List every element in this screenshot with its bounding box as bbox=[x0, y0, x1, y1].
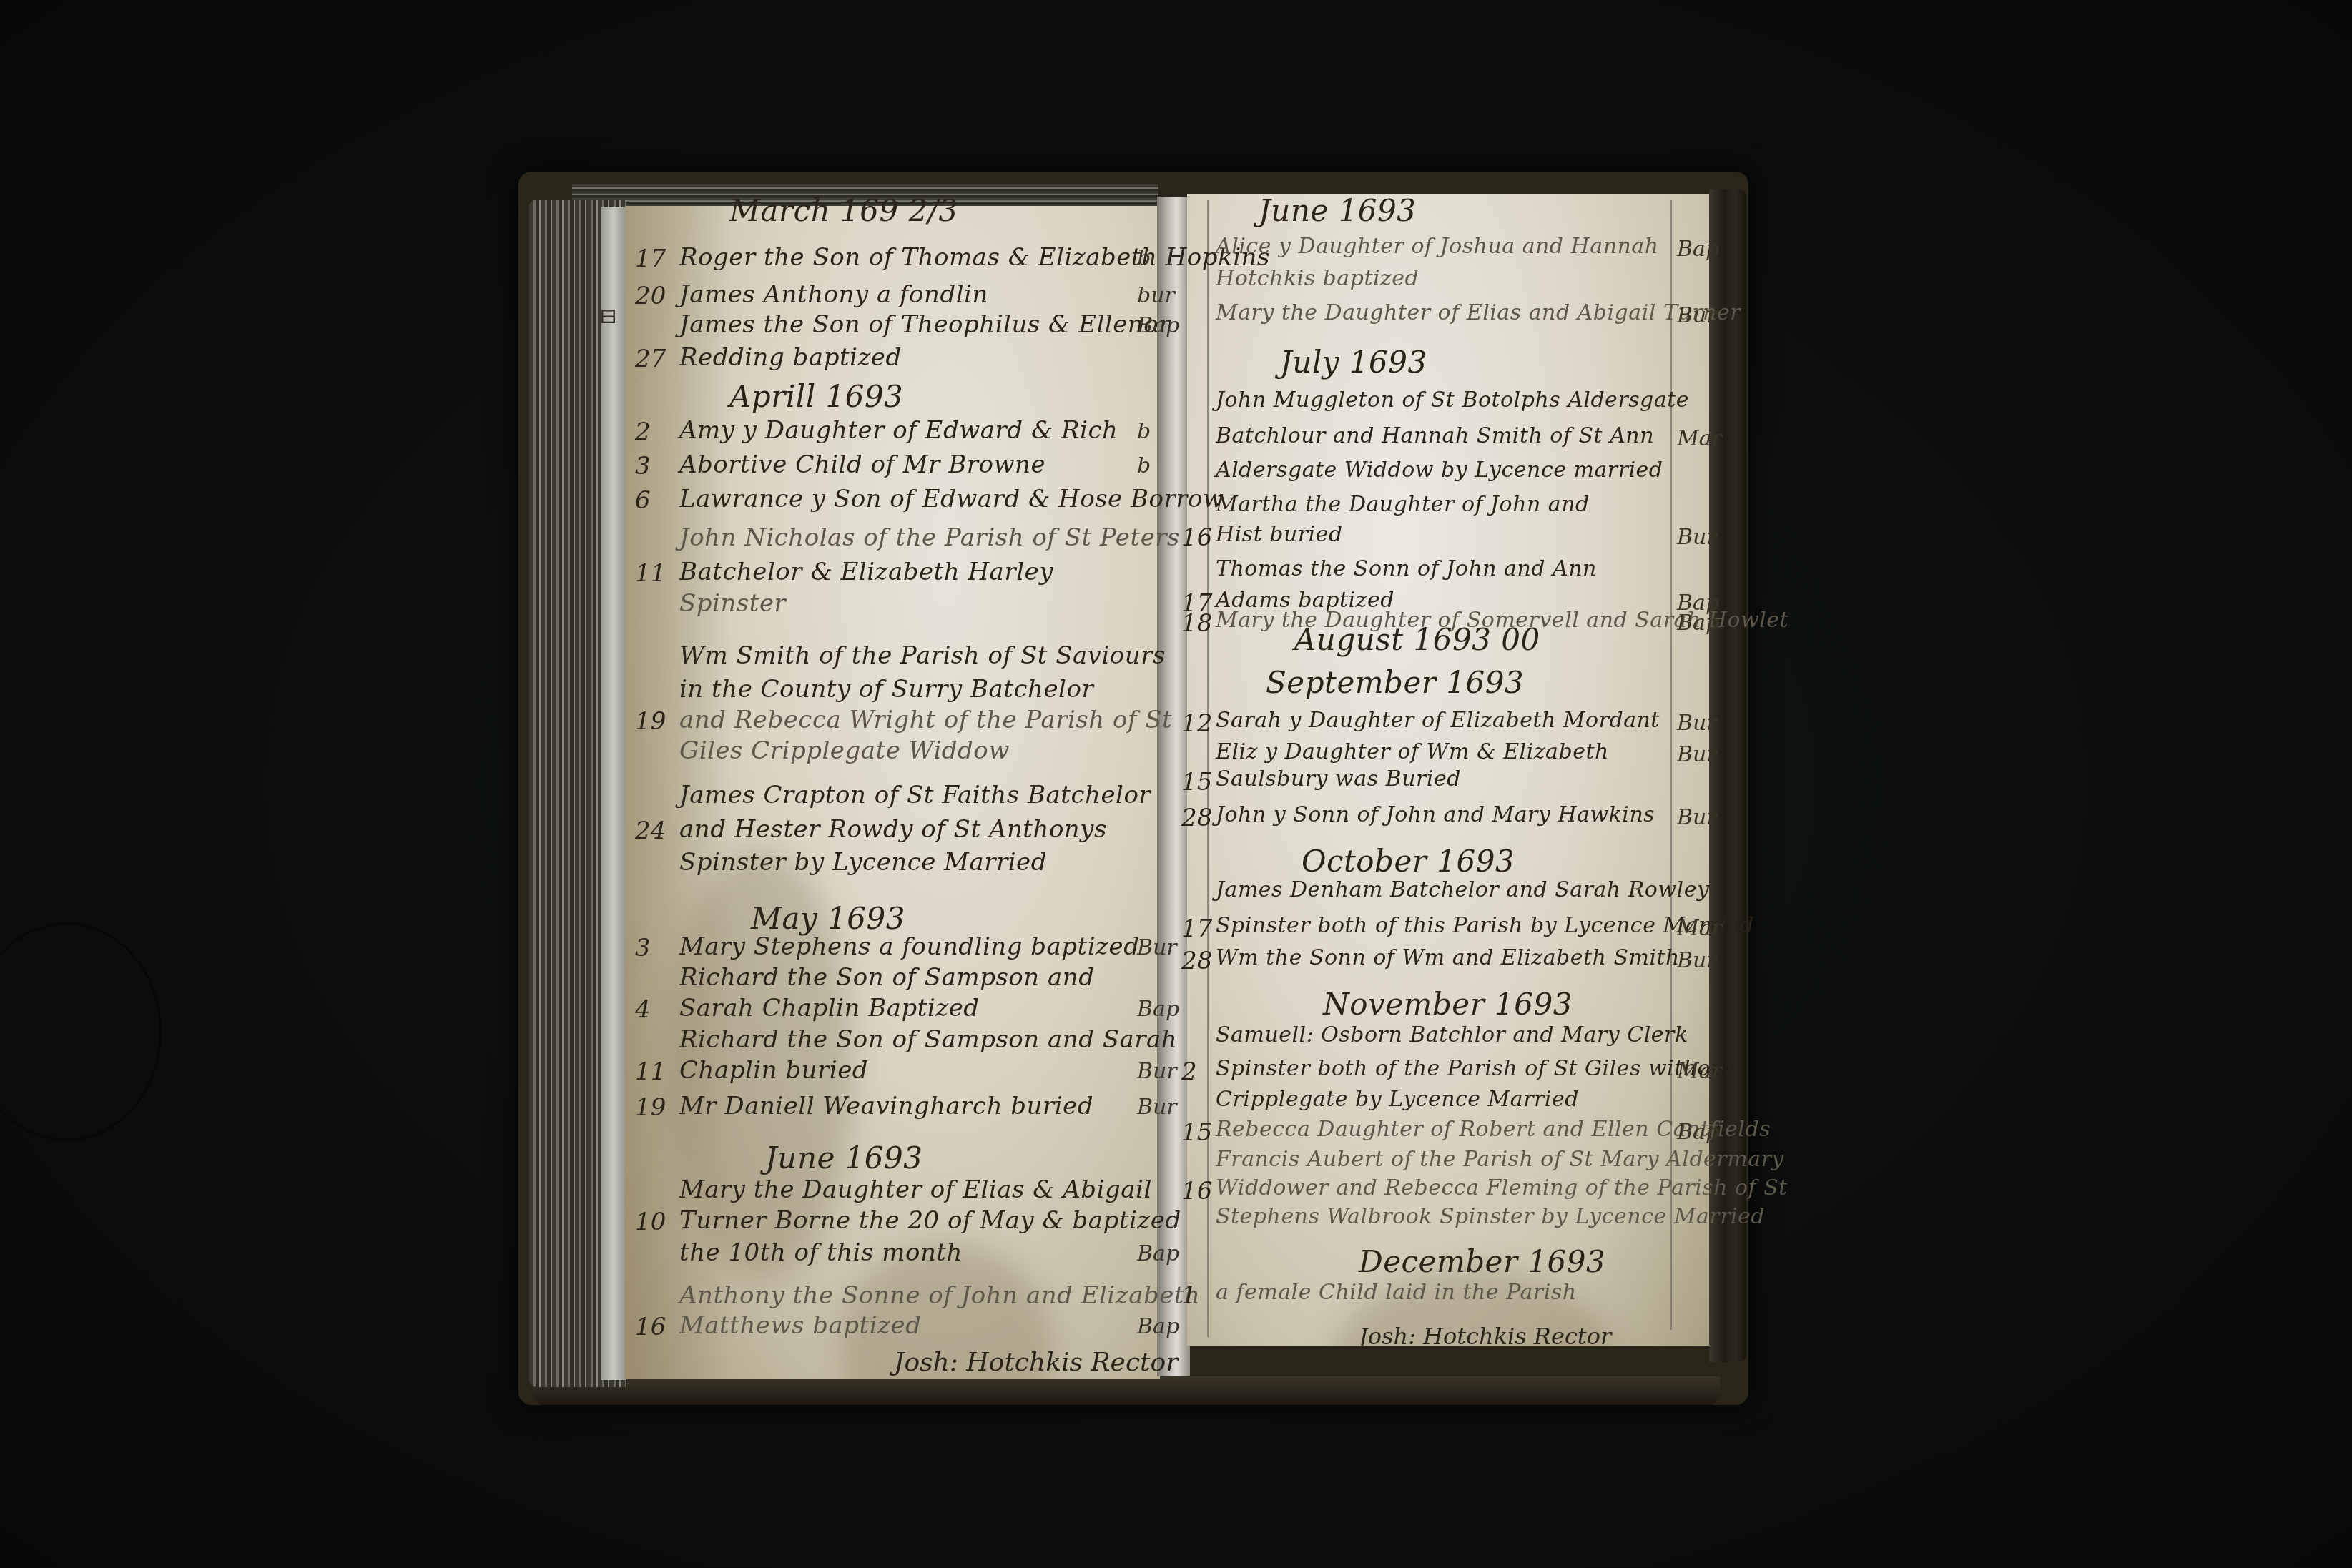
register-entry: Spinster bbox=[679, 589, 786, 618]
register-entry: Stephens Walbrook Spinster by Lycence Ma… bbox=[1216, 1204, 1765, 1229]
entry-day: 16 bbox=[1181, 1177, 1212, 1205]
register-entry: Thomas the Sonn of John and Ann bbox=[1216, 556, 1597, 581]
margin-annotation: Bur bbox=[1137, 1059, 1177, 1084]
entry-day: 28 bbox=[1181, 804, 1212, 832]
entry-day: 10 bbox=[635, 1208, 666, 1236]
register-entry: Redding baptized bbox=[679, 343, 902, 372]
register-entry: Turner Borne the 20 of May & baptized bbox=[679, 1206, 1181, 1235]
entry-day: 27 bbox=[635, 345, 666, 373]
entry-day: 18 bbox=[1181, 609, 1212, 638]
register-entry: Mary the Daughter of Elias and Abigail T… bbox=[1216, 300, 1741, 325]
register-entry: Richard the Son of Sampson and bbox=[679, 963, 1094, 992]
margin-annotation: Bap bbox=[1677, 1120, 1719, 1145]
entry-day: 15 bbox=[1181, 768, 1212, 797]
register-entry: Cripplegate by Lycence Married bbox=[1216, 1087, 1579, 1112]
register-entry: Roger the Son of Thomas & Elizabeth Hopk… bbox=[679, 243, 1270, 272]
register-entry: Alice y Daughter of Joshua and Hannah bbox=[1216, 234, 1659, 259]
entry-day: 2 bbox=[1181, 1057, 1197, 1086]
margin-annotation: Bap bbox=[1137, 997, 1179, 1022]
register-entry: James Crapton of St Faiths Batchelor bbox=[679, 781, 1151, 809]
register-entry: Widdower and Rebecca Fleming of the Pari… bbox=[1216, 1175, 1788, 1200]
margin-annotation: Bap bbox=[1137, 313, 1179, 338]
entry-day: 28 bbox=[1181, 947, 1212, 975]
margin-annotation: Bur bbox=[1137, 1095, 1177, 1120]
margin-annotation: bur bbox=[1137, 283, 1175, 308]
register-entry: Abortive Child of Mr Browne bbox=[679, 450, 1045, 479]
register-entry: Spinster both of the Parish of St Giles … bbox=[1216, 1056, 1734, 1081]
register-entry: Mary the Daughter of Elias & Abigail bbox=[679, 1175, 1152, 1204]
month-heading: May 1693 bbox=[751, 901, 905, 936]
margin-annotation: Bap bbox=[1677, 611, 1719, 636]
entry-day: 11 bbox=[635, 1057, 666, 1086]
month-heading: June 1693 bbox=[765, 1140, 923, 1175]
register-entry: John y Sonn of John and Mary Hawkins bbox=[1216, 802, 1655, 827]
page-fore-edge bbox=[601, 207, 626, 1380]
register-entry: Sarah Chaplin Baptized bbox=[679, 994, 980, 1022]
register-entry: Batchlour and Hannah Smith of St Ann bbox=[1216, 423, 1654, 448]
entry-day: 6 bbox=[635, 486, 651, 515]
margin-annotation: Mar bbox=[1677, 426, 1722, 451]
month-heading: June 1693 bbox=[1259, 193, 1417, 228]
margin-annotation: b bbox=[1137, 419, 1151, 444]
margin-annotation: Bur bbox=[1677, 303, 1717, 328]
register-entry: James Denham Batchelor and Sarah Rowley bbox=[1216, 877, 1709, 902]
register-entry: Richard the Son of Sampson and Sarah bbox=[679, 1025, 1177, 1054]
month-heading: October 1693 bbox=[1302, 844, 1515, 879]
entry-day: 2 bbox=[635, 418, 651, 446]
entry-day: 19 bbox=[635, 1093, 666, 1122]
month-heading: March 169 2/3 bbox=[729, 193, 958, 228]
entry-day: 15 bbox=[1181, 1118, 1212, 1147]
margin-annotation: Bur bbox=[1677, 711, 1717, 736]
register-entry: Sarah y Daughter of Elizabeth Mordant bbox=[1216, 708, 1660, 733]
register-entry: John Muggleton of St Botolphs Aldersgate bbox=[1216, 388, 1689, 413]
entry-day: 3 bbox=[635, 934, 651, 962]
entry-day: 16 bbox=[635, 1313, 666, 1341]
month-heading: November 1693 bbox=[1323, 987, 1573, 1022]
register-entry: Batchelor & Elizabeth Harley bbox=[679, 558, 1053, 586]
entry-day: 17 bbox=[635, 245, 666, 273]
margin-annotation: Bur bbox=[1677, 948, 1717, 973]
entry-day: 24 bbox=[635, 817, 666, 845]
entry-day: 20 bbox=[635, 282, 666, 310]
margin-annotation: Mar bbox=[1677, 1059, 1722, 1084]
margin-annotation: Bap bbox=[1137, 1314, 1179, 1339]
entry-day: 16 bbox=[1181, 523, 1212, 552]
month-heading: July 1693 bbox=[1280, 345, 1427, 380]
month-heading: August 1693 00 bbox=[1294, 622, 1540, 657]
month-heading: December 1693 bbox=[1359, 1244, 1605, 1279]
register-entry: James the Son of Theophilus & Ellenor bbox=[679, 310, 1171, 339]
register-entry: the 10th of this month bbox=[679, 1238, 963, 1267]
margin-annotation: Bur bbox=[1137, 935, 1177, 960]
entry-day: 3 bbox=[635, 452, 651, 480]
margin-annotation: Bur bbox=[1677, 742, 1717, 767]
entry-day: 17 bbox=[1181, 914, 1212, 943]
margin-annotation: Bur bbox=[1677, 805, 1717, 830]
register-entry: Aldersgate Widdow by Lycence married bbox=[1216, 458, 1663, 483]
entry-day: 11 bbox=[635, 559, 666, 588]
register-entry: and Rebecca Wright of the Parish of St bbox=[679, 706, 1172, 734]
register-entry: Saulsbury was Buried bbox=[1216, 766, 1461, 792]
register-entry: Wm Smith of the Parish of St Saviours bbox=[679, 641, 1166, 670]
register-entry: Amy y Daughter of Edward & Rich bbox=[679, 416, 1118, 445]
register-entry: in the County of Surry Batchelor bbox=[679, 675, 1093, 704]
entry-day: 1 bbox=[1181, 1281, 1197, 1310]
register-entry: Mary Stephens a foundling baptized bbox=[679, 932, 1139, 961]
register-entry: Matthews baptized bbox=[679, 1311, 921, 1340]
month-heading: September 1693 bbox=[1266, 665, 1524, 700]
register-entry: Spinster by Lycence Married bbox=[679, 848, 1047, 877]
left-page-signature: Josh: Hotchkis Rector bbox=[894, 1348, 1178, 1377]
margin-annotation: b bbox=[1137, 246, 1151, 271]
entry-day: 12 bbox=[1181, 709, 1212, 738]
right-page-signature: Josh: Hotchkis Rector bbox=[1359, 1323, 1611, 1350]
register-entry: Mr Daniell Weavingharch buried bbox=[679, 1092, 1093, 1120]
margin-annotation: Mar bbox=[1677, 916, 1722, 941]
register-entry: Samuell: Osborn Batchlor and Mary Clerk bbox=[1216, 1022, 1688, 1047]
register-entry: Lawrance y Son of Edward & Hose Borrow bbox=[679, 485, 1224, 513]
register-entry: John Nicholas of the Parish of St Peters bbox=[679, 523, 1180, 552]
register-entry: a female Child laid in the Parish bbox=[1216, 1280, 1577, 1305]
margin-annotation: Bur bbox=[1677, 525, 1717, 550]
margin-mark-icon: ⊟ bbox=[599, 304, 617, 329]
entry-day: 4 bbox=[635, 995, 651, 1024]
register-entry: Eliz y Daughter of Wm & Elizabeth bbox=[1216, 739, 1609, 764]
book-cover-bottom bbox=[533, 1376, 1720, 1405]
register-entry: Francis Aubert of the Parish of St Mary … bbox=[1216, 1147, 1784, 1172]
register-entry: Wm the Sonn of Wm and Elizabeth Smith bbox=[1216, 945, 1680, 970]
entry-day: 19 bbox=[635, 707, 666, 736]
margin-annotation: b bbox=[1137, 453, 1151, 478]
register-entry: Martha the Daughter of John and bbox=[1216, 492, 1590, 517]
register-entry: Hotchkis baptized bbox=[1216, 266, 1419, 291]
margin-annotation: Bap bbox=[1137, 1241, 1179, 1266]
register-entry: Spinster both of this Parish by Lycence … bbox=[1216, 913, 1754, 938]
margin-annotation: Bap bbox=[1677, 237, 1719, 262]
register-entry: and Hester Rowdy of St Anthonys bbox=[679, 815, 1107, 844]
register-entry: Anthony the Sonne of John and Elizabeth bbox=[679, 1281, 1200, 1310]
month-heading: Aprill 1693 bbox=[729, 379, 903, 414]
register-entry: Giles Cripplegate Widdow bbox=[679, 736, 1010, 765]
register-entry: James Anthony a fondlin bbox=[679, 280, 988, 309]
register-entry: Chaplin buried bbox=[679, 1056, 868, 1085]
register-entry: Hist buried bbox=[1216, 522, 1343, 547]
